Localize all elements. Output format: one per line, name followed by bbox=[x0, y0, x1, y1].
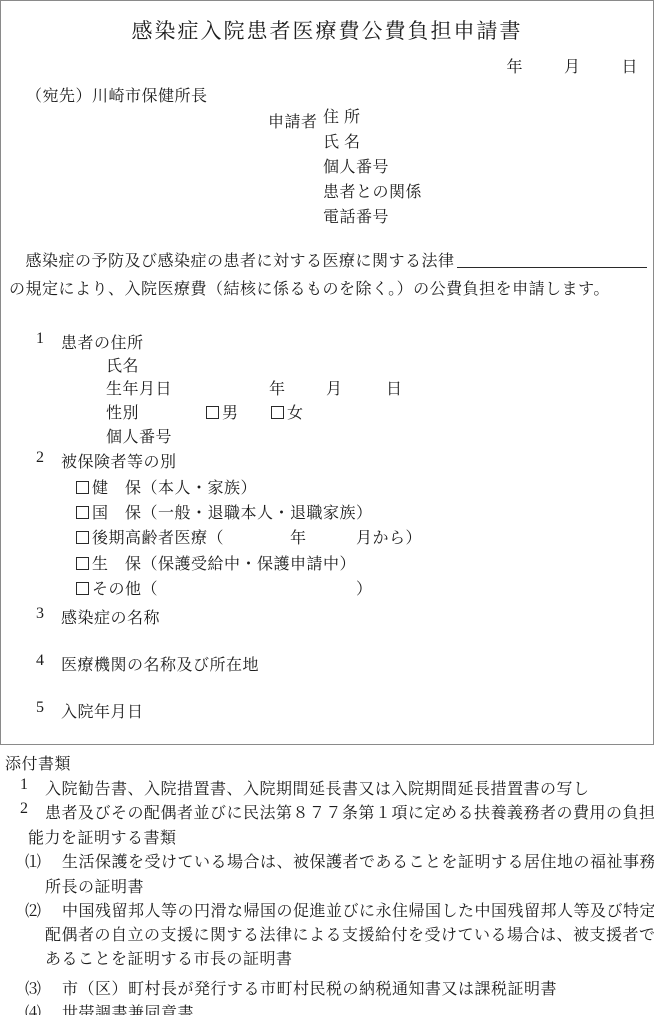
attachment2-number: 2 bbox=[20, 800, 29, 818]
date-year-label: 年 bbox=[506, 54, 523, 77]
male-label: 男 bbox=[222, 405, 239, 422]
insurance-option-kenpo: 健 保（本人・家族） bbox=[76, 475, 257, 498]
personal-number-label: 個人番号 bbox=[106, 424, 172, 447]
document-page: 感染症入院患者医療費公費負担申請書 年 月 日 （宛先）川崎市保健所長 申請者 … bbox=[0, 0, 654, 1015]
attachment1-text: 入院勧告書、入院措置書、入院期間延長書又は入院期間延長措置書の写し bbox=[45, 776, 590, 799]
sex-option-female: 女 bbox=[271, 400, 304, 423]
checkbox-kokuho[interactable] bbox=[76, 506, 89, 519]
applicant-field-address: 住 所 bbox=[323, 105, 422, 130]
subitem1-text-line1: 生活保護を受けている場合は、被保護者であることを証明する居住地の福祉事務 bbox=[62, 849, 654, 872]
subitem2-number: ⑵ bbox=[25, 898, 42, 921]
item2-label: 被保険者等の別 bbox=[61, 449, 177, 472]
declaration-line1: 感染症の予防及び感染症の患者に対する医療に関する法律 bbox=[9, 248, 647, 271]
law-name-blank-field[interactable] bbox=[457, 267, 647, 268]
subitem3-text: 市（区）町村長が発行する市町村民税の納税通知書又は課税証明書 bbox=[62, 976, 557, 999]
sex-label: 性別 bbox=[106, 400, 139, 423]
birth-month-label: 月 bbox=[326, 376, 343, 399]
applicant-field-relation: 患者との関係 bbox=[323, 180, 422, 205]
attachment2-text-line1: 患者及びその配偶者並びに民法第８７７条第１項に定める扶養義務者の費用の負担 bbox=[45, 800, 654, 823]
checkbox-kenpo[interactable] bbox=[76, 481, 89, 494]
sonota-label: その他（ ） bbox=[92, 581, 373, 598]
subitem2-text-line2: 配偶者の自立の支援に関する法律による支援給付を受けている場合は、被支援者で bbox=[45, 922, 654, 945]
subitem4-text: 世帯調書兼同意書 bbox=[62, 1000, 194, 1015]
date-month-label: 月 bbox=[564, 54, 581, 77]
date-day-label: 日 bbox=[621, 54, 638, 77]
applicant-fields: 住 所 氏 名 個人番号 患者との関係 電話番号 bbox=[323, 105, 422, 230]
applicant-field-name: 氏 名 bbox=[323, 130, 422, 155]
checkbox-sonota[interactable] bbox=[76, 582, 89, 595]
seiho-label: 生 保（保護受給中・保護申請中） bbox=[92, 556, 356, 573]
kouki-label: 後期高齢者医療（ 年 月から） bbox=[92, 530, 422, 547]
patient-name-label: 氏名 bbox=[106, 353, 139, 376]
item4-number: 4 bbox=[36, 652, 45, 670]
subitem2-text-line3: あることを証明する市長の証明書 bbox=[45, 946, 293, 969]
insurance-option-kouki: 後期高齢者医療（ 年 月から） bbox=[76, 525, 422, 548]
applicant-field-phone: 電話番号 bbox=[323, 205, 422, 230]
insurance-option-kokuho: 国 保（一般・退職本人・退職家族） bbox=[76, 500, 373, 523]
item1-label: 患者の住所 bbox=[61, 330, 144, 353]
insurance-option-sonota: その他（ ） bbox=[76, 576, 373, 599]
item3-label: 感染症の名称 bbox=[61, 605, 160, 628]
checkbox-seiho[interactable] bbox=[76, 557, 89, 570]
kokuho-label: 国 保（一般・退職本人・退職家族） bbox=[92, 505, 373, 522]
subitem1-number: ⑴ bbox=[25, 849, 42, 872]
birth-day-label: 日 bbox=[386, 376, 403, 399]
form-title: 感染症入院患者医療費公費負担申請書 bbox=[1, 15, 653, 45]
kenpo-label: 健 保（本人・家族） bbox=[92, 480, 257, 497]
female-label: 女 bbox=[287, 405, 304, 422]
date-line: 年 月 日 bbox=[506, 54, 638, 77]
applicant-label: 申請者 bbox=[268, 109, 318, 132]
declaration-line2: の規定により、入院医療費（結核に係るものを除く。）の公費負担を申請します。 bbox=[9, 276, 610, 299]
insurance-option-seiho: 生 保（保護受給中・保護申請中） bbox=[76, 551, 356, 574]
item1-number: 1 bbox=[36, 330, 45, 348]
birth-year-label: 年 bbox=[269, 376, 286, 399]
checkbox-female[interactable] bbox=[271, 406, 284, 419]
application-form-box: 感染症入院患者医療費公費負担申請書 年 月 日 （宛先）川崎市保健所長 申請者 … bbox=[0, 0, 654, 745]
checkbox-kouki-koureisha[interactable] bbox=[76, 531, 89, 544]
checkbox-male[interactable] bbox=[206, 406, 219, 419]
birthdate-label: 生年月日 bbox=[106, 376, 172, 399]
sex-option-male: 男 bbox=[206, 400, 239, 423]
item4-label: 医療機関の名称及び所在地 bbox=[61, 652, 259, 675]
item3-number: 3 bbox=[36, 605, 45, 623]
subitem1-text-line2: 所長の証明書 bbox=[45, 874, 144, 897]
subitem2-text-line1: 中国残留邦人等の円滑な帰国の促進並びに永住帰国した中国残留邦人等及び特定 bbox=[62, 898, 654, 921]
subitem4-number: ⑷ bbox=[25, 1000, 42, 1015]
attachment2-text-line2: 能力を証明する書類 bbox=[28, 825, 177, 848]
attachments-heading: 添付書類 bbox=[5, 751, 71, 774]
item2-number: 2 bbox=[36, 449, 45, 467]
applicant-field-personal-number: 個人番号 bbox=[323, 155, 422, 180]
item5-number: 5 bbox=[36, 699, 45, 717]
attachment1-number: 1 bbox=[20, 776, 29, 794]
subitem3-number: ⑶ bbox=[25, 976, 42, 999]
item5-label: 入院年月日 bbox=[61, 699, 144, 722]
declaration-text: 感染症の予防及び感染症の患者に対する医療に関する法律 bbox=[9, 248, 455, 271]
addressee-line: （宛先）川崎市保健所長 bbox=[26, 83, 208, 106]
